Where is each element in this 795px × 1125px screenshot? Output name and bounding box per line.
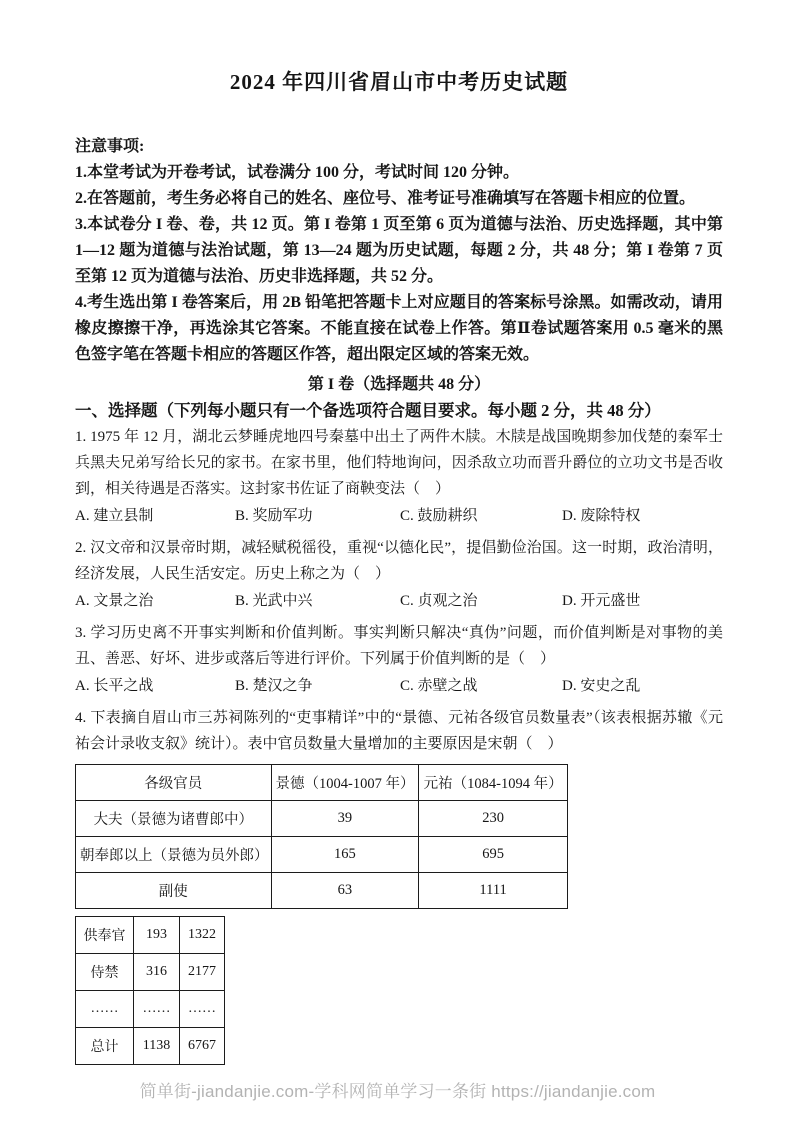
question-2-stem: 2. 汉文帝和汉景帝时期，减轻赋税徭役，重视“以德化民”，提倡勤俭治国。这一时期… [75,535,723,587]
question-2: 2. 汉文帝和汉景帝时期，减轻赋税徭役，重视“以德化民”，提倡勤俭治国。这一时期… [75,535,723,611]
table-cell: 朝奉郎以上（景德为员外郎） [76,837,272,873]
table-row: 大夫（景德为诸曹郎中） 39 230 [76,801,568,837]
question-2-option-d: D. 开元盛世 [562,591,723,611]
question-3-stem: 3. 学习历史离不开事实判断和价值判断。事实判断只解决“真伪”问题，而价值判断是… [75,620,723,672]
watermark-footer: 简单街-jiandanjie.com-学科网简单学习一条街 https://ji… [0,1077,795,1102]
notice-heading: 注意事项: [75,134,723,160]
table-header-cell: 元祐（1084-1094 年） [419,765,568,801]
table-cell: 230 [419,801,568,837]
table-row: 总计 1138 6767 [76,1028,225,1065]
table-header-cell: 各级官员 [76,765,272,801]
page-content: 2024 年四川省眉山市中考历史试题 注意事项: 1.本堂考试为开卷考试，试卷满… [0,0,795,1065]
question-2-options: A. 文景之治 B. 光武中兴 C. 贞观之治 D. 开元盛世 [75,591,723,611]
question-2-option-b: B. 光武中兴 [235,591,400,611]
question-2-option-a: A. 文景之治 [75,591,235,611]
table-cell: 39 [271,801,419,837]
choice-part-heading: 一、选择题（下列每小题只有一个备选项符合题目要求。每小题 2 分，共 48 分） [75,398,723,424]
question-1-stem: 1. 1975 年 12 月，湖北云梦睡虎地四号秦墓中出土了两件木牍。木牍是战国… [75,424,723,502]
question-4: 4. 下表摘自眉山市三苏祠陈列的“吏事精详”中的“景德、元祐各级官员数量表”（该… [75,705,723,1065]
question-3-option-b: B. 楚汉之争 [235,676,400,696]
page-title: 2024 年四川省眉山市中考历史试题 [75,0,723,96]
notice-item-2: 2.在答题前，考生务必将自己的姓名、座位号、准考证号准确填写在答题卡相应的位置。 [75,186,723,212]
notice-item-3: 3.本试卷分 I 卷、卷，共 12 页。第 I 卷第 1 页至第 6 页为道德与… [75,212,723,290]
question-1-option-a: A. 建立县制 [75,506,235,526]
table-cell: 1111 [419,873,568,909]
table-cell: 1138 [134,1028,180,1065]
notice-item-4: 4.考生选出第 I 卷答案后，用 2B 铅笔把答题卡上对应题目的答案标号涂黑。如… [75,290,723,368]
table-header-cell: 景德（1004-1007 年） [271,765,419,801]
table-cell: …… [76,991,134,1028]
table-cell: 6767 [180,1028,225,1065]
question-2-option-c: C. 贞观之治 [400,591,562,611]
officials-count-table-continued: 供奉官 193 1322 侍禁 316 2177 …… …… …… [75,916,225,1065]
table-cell: …… [134,991,180,1028]
table-cell: 供奉官 [76,917,134,954]
table-row: …… …… …… [76,991,225,1028]
exam-paper-page: 2024 年四川省眉山市中考历史试题 注意事项: 1.本堂考试为开卷考试，试卷满… [0,0,795,1125]
table-cell: 193 [134,917,180,954]
question-3-option-a: A. 长平之战 [75,676,235,696]
table-cell: 总计 [76,1028,134,1065]
table-row: 侍禁 316 2177 [76,954,225,991]
question-3-option-d: D. 安史之乱 [562,676,723,696]
table-cell: 165 [271,837,419,873]
table-cell: 副使 [76,873,272,909]
table-header-row: 各级官员 景德（1004-1007 年） 元祐（1084-1094 年） [76,765,568,801]
table-cell: 1322 [180,917,225,954]
question-3: 3. 学习历史离不开事实判断和价值判断。事实判断只解决“真伪”问题，而价值判断是… [75,620,723,696]
table-row: 供奉官 193 1322 [76,917,225,954]
question-1: 1. 1975 年 12 月，湖北云梦睡虎地四号秦墓中出土了两件木牍。木牍是战国… [75,424,723,526]
officials-count-table: 各级官员 景德（1004-1007 年） 元祐（1084-1094 年） 大夫（… [75,764,568,909]
table-cell: 63 [271,873,419,909]
question-1-option-d: D. 废除特权 [562,506,723,526]
question-1-option-b: B. 奖励军功 [235,506,400,526]
section-1-heading: 第 I 卷（选择题共 48 分） [75,372,723,398]
question-1-options: A. 建立县制 B. 奖励军功 C. 鼓励耕织 D. 废除特权 [75,506,723,526]
question-3-option-c: C. 赤壁之战 [400,676,562,696]
question-1-option-c: C. 鼓励耕织 [400,506,562,526]
table-cell: 大夫（景德为诸曹郎中） [76,801,272,837]
question-3-options: A. 长平之战 B. 楚汉之争 C. 赤壁之战 D. 安史之乱 [75,676,723,696]
table-cell: 695 [419,837,568,873]
table-cell: 316 [134,954,180,991]
notice-section: 注意事项: 1.本堂考试为开卷考试，试卷满分 100 分，考试时间 120 分钟… [75,134,723,368]
table-cell: 侍禁 [76,954,134,991]
table-row: 副使 63 1111 [76,873,568,909]
table-cell: 2177 [180,954,225,991]
table-cell: …… [180,991,225,1028]
notice-item-1: 1.本堂考试为开卷考试，试卷满分 100 分，考试时间 120 分钟。 [75,160,723,186]
question-4-stem: 4. 下表摘自眉山市三苏祠陈列的“吏事精详”中的“景德、元祐各级官员数量表”（该… [75,705,723,757]
table-row: 朝奉郎以上（景德为员外郎） 165 695 [76,837,568,873]
